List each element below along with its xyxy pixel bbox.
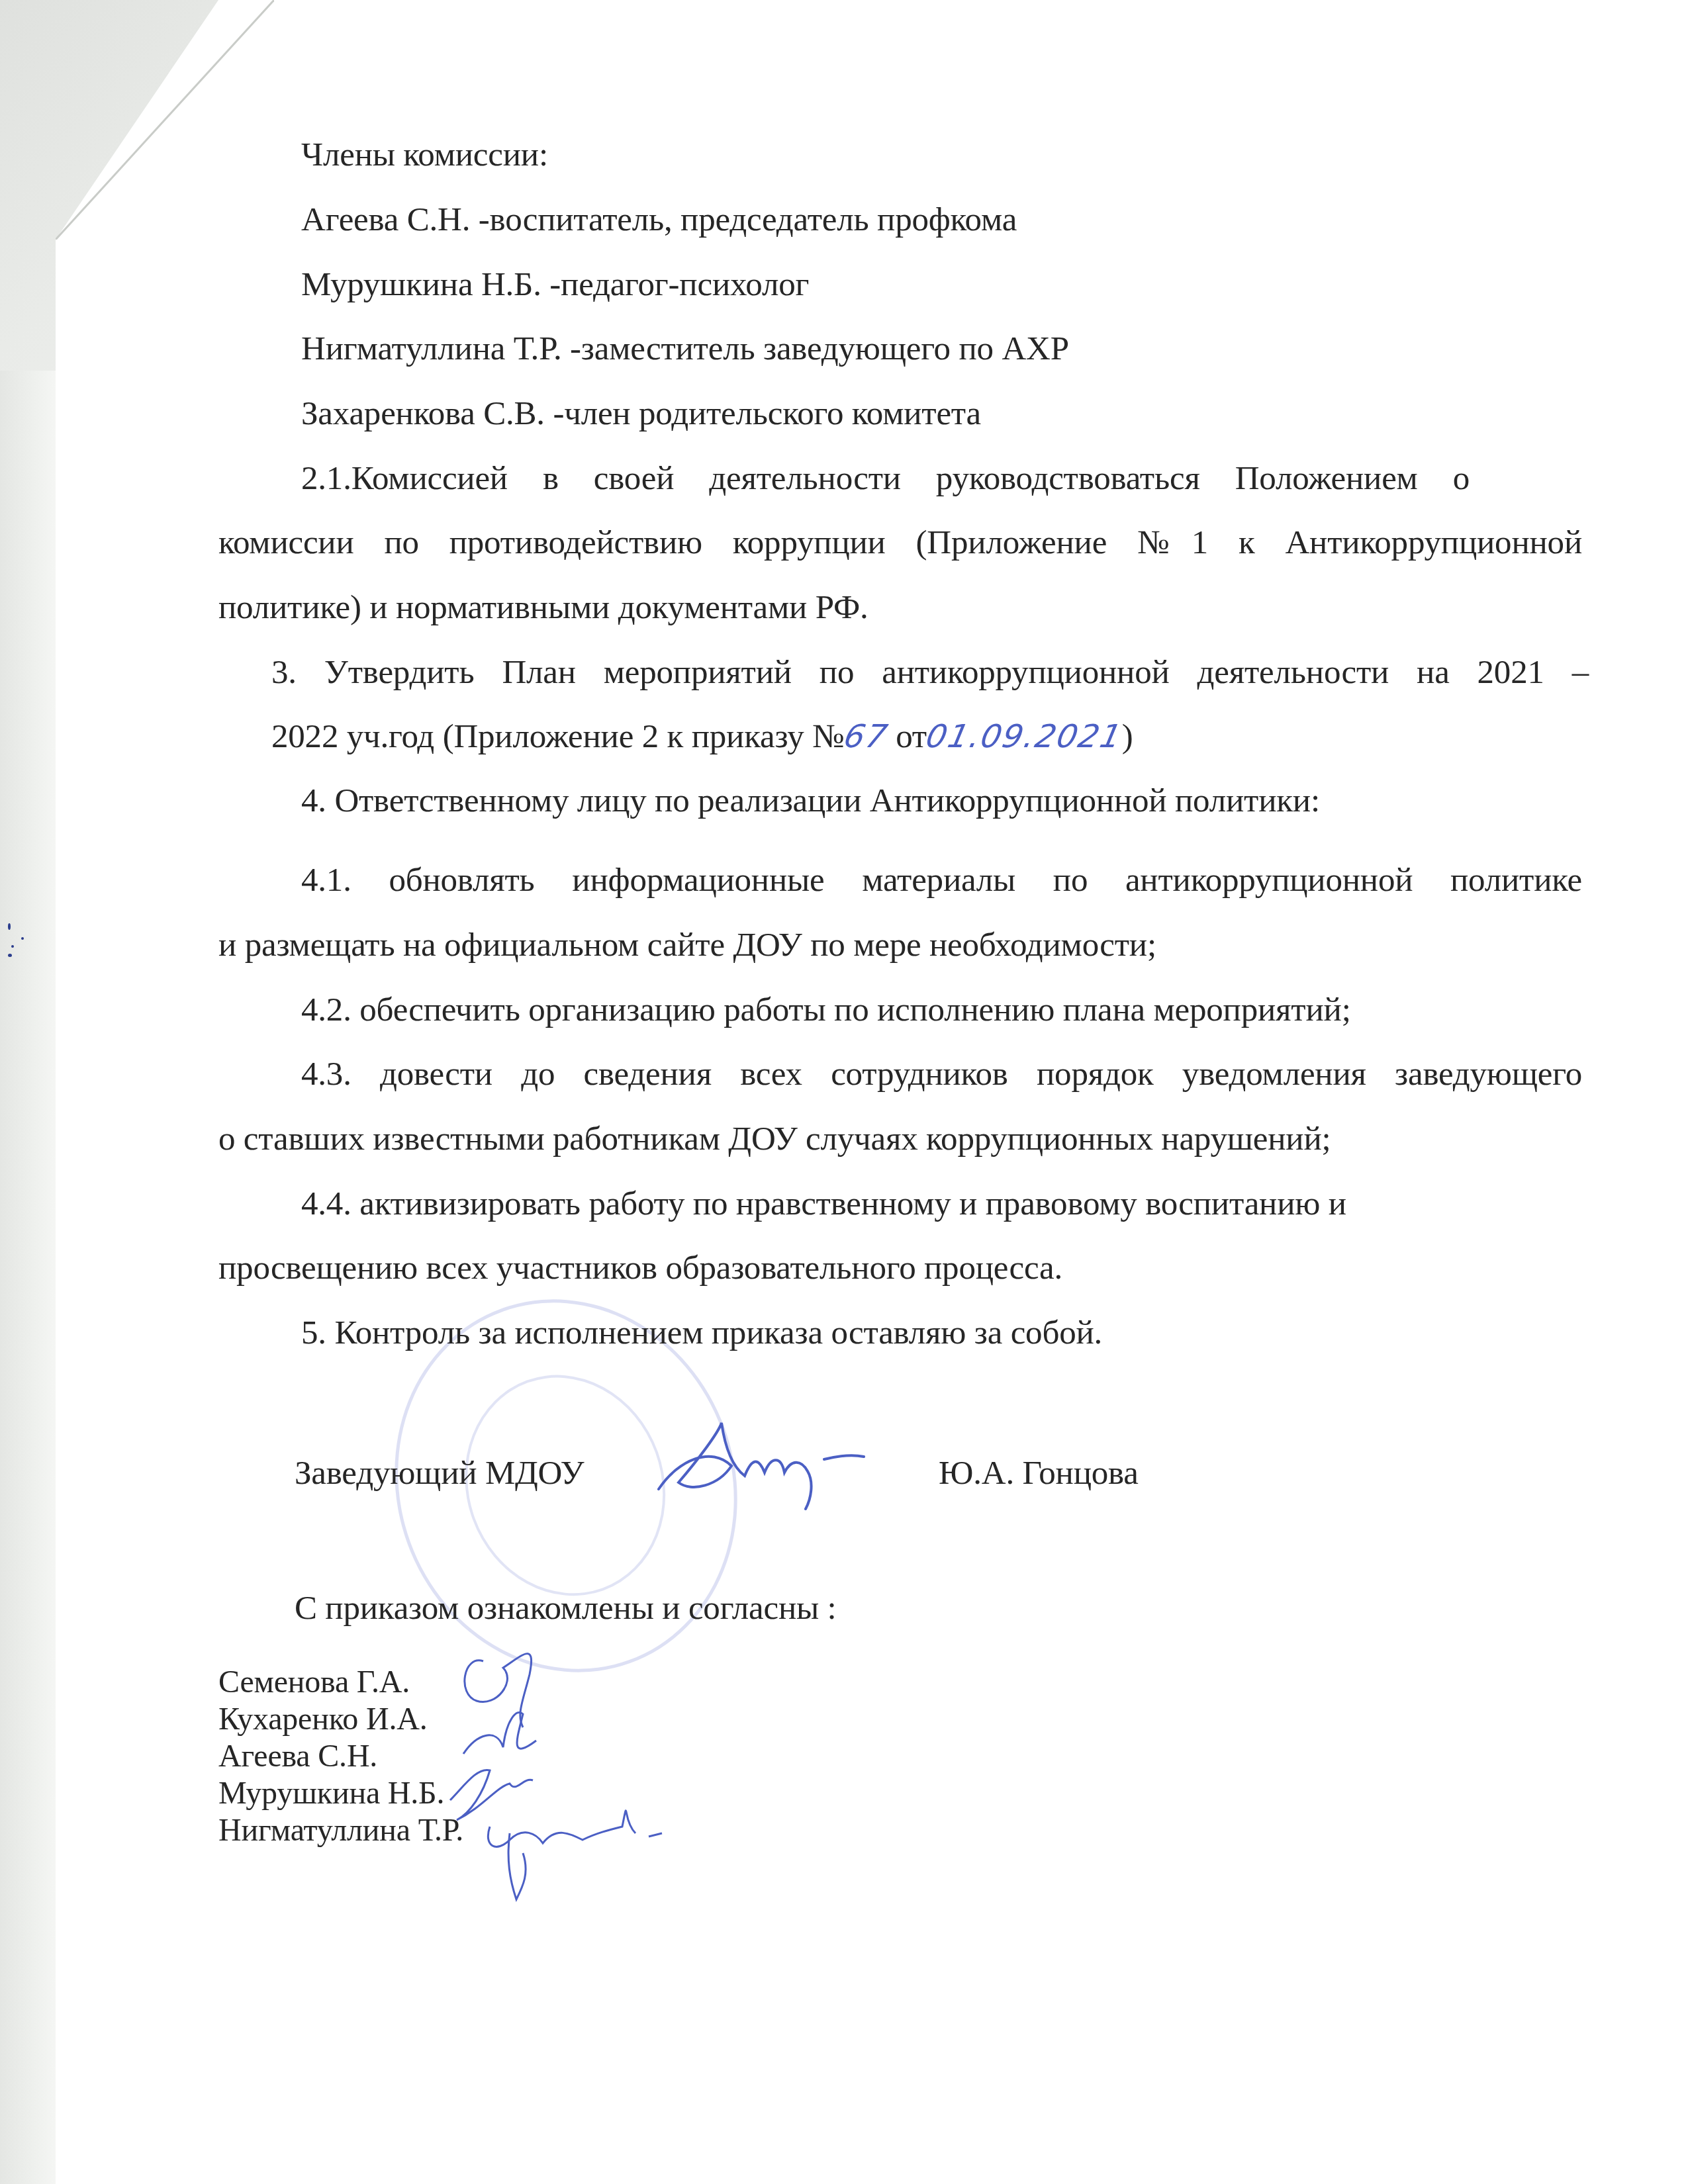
clause-4-1-line: 4.1. обновлять информационные материалы … [301,860,1582,900]
commission-member: Нигматуллина Т.Р. -заместитель заведующе… [301,329,1069,369]
clause-3-line: 3. Утвердить План мероприятий по антикор… [271,653,1589,692]
signoff-name: Ю.А. Гонцова [939,1453,1139,1493]
signer-name: Кухаренко И.А. [218,1701,427,1738]
ink-speck [11,945,14,948]
signer-name: Нигматуллина Т.Р. [218,1812,463,1849]
ink-speck [8,954,12,957]
handwritten-order-number: 67 [840,717,892,756]
clause-2-1-line: 2.1.Комиссией в своей деятельности руков… [301,459,1470,498]
signer-name: Мурушкина Н.Б. [218,1775,444,1812]
signer-name: Агеева С.Н. [218,1738,377,1775]
clause-3-text-prefix: 2022 уч.год (Приложение 2 к приказу № [271,718,845,755]
clause-2-1-line: политике) и нормативными документами РФ. [218,588,868,627]
ink-speck [8,923,11,930]
handwritten-order-date: 01.09.2021 [923,717,1127,756]
clause-3-text-mid: от [888,718,927,755]
clause-4-3-line: о ставших известными работникам ДОУ случ… [218,1119,1331,1159]
clause-4-4-line: 4.4. активизировать работу по нравственн… [301,1184,1346,1224]
commission-member: Мурушкина Н.Б. -педагог-психолог [301,265,809,304]
clause-5: 5. Контроль за исполнением приказа остав… [301,1313,1102,1353]
clause-4-heading: 4. Ответственному лицу по реализации Ант… [301,781,1320,821]
clause-4-2-line: 4.2. обеспечить организацию работы по ис… [301,990,1351,1030]
signoff-position: Заведующий МДОУ [295,1453,584,1493]
commission-member: Агеева С.Н. -воспитатель, председатель п… [301,200,1017,240]
ink-speck [21,937,24,940]
clause-4-3-line: 4.3. довести до сведения всех сотруднико… [301,1054,1582,1094]
folded-page-corner [0,0,331,371]
clause-3-line: 2022 уч.год (Приложение 2 к приказу №67 … [271,717,1133,756]
clause-2-1-line: комиссии по противодействию коррупции (П… [218,523,1582,563]
commission-member: Захаренкова С.В. -член родительского ком… [301,394,981,433]
staff-signatures-icon [424,1635,768,1913]
clause-4-4-line: просвещению всех участников образователь… [218,1248,1062,1288]
signer-name: Семенова Г.А. [218,1664,410,1701]
commission-heading: Члены комиссии: [301,135,548,175]
clause-4-1-line: и размещать на официальном сайте ДОУ по … [218,925,1156,965]
acknowledgement-heading: С приказом ознакомлены и согласны : [295,1588,837,1628]
